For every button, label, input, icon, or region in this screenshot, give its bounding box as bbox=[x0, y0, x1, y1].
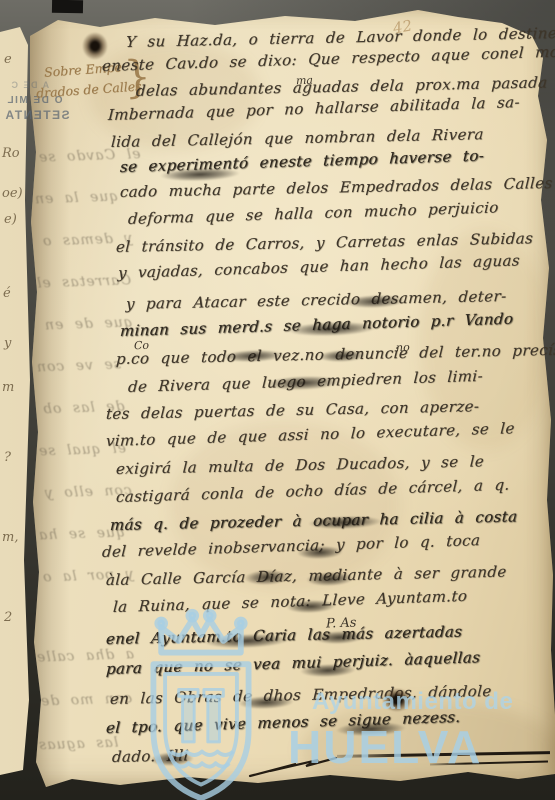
interline-note: P. As bbox=[326, 615, 357, 631]
prev-page-fragment: ? bbox=[4, 450, 11, 465]
prev-page-fragment: e) bbox=[4, 212, 17, 227]
interline-note: no bbox=[396, 341, 410, 354]
prev-page-fragment: oe) bbox=[2, 186, 23, 201]
prev-page-fragment: m, bbox=[2, 530, 18, 545]
prev-page-fragment: é bbox=[3, 286, 11, 301]
bleedthrough-line: que la en bbox=[34, 189, 119, 208]
bleedthrough-line: se ve con bbox=[36, 357, 121, 376]
bleedthrough-line: las aguas bbox=[38, 735, 119, 754]
archive-photo: e Ro oe) e) é y m ? m, 2 el Cavdo se que… bbox=[0, 0, 555, 800]
stamp-bleedthrough: SETENTA bbox=[4, 108, 70, 122]
prev-page-fragment: e bbox=[4, 52, 12, 67]
prev-page-fragment: Ro bbox=[2, 146, 20, 161]
ink-blot bbox=[382, 688, 412, 712]
prev-page-fragment: m bbox=[2, 380, 14, 395]
signature-flourish bbox=[248, 756, 340, 782]
ink-blot bbox=[82, 32, 108, 60]
interline-note: ma bbox=[296, 74, 313, 88]
interline-note: Co bbox=[134, 339, 149, 353]
prev-page-fragment: y bbox=[4, 336, 11, 351]
prev-page-fragment: 2 bbox=[4, 610, 12, 625]
binding-clip bbox=[52, 0, 83, 13]
